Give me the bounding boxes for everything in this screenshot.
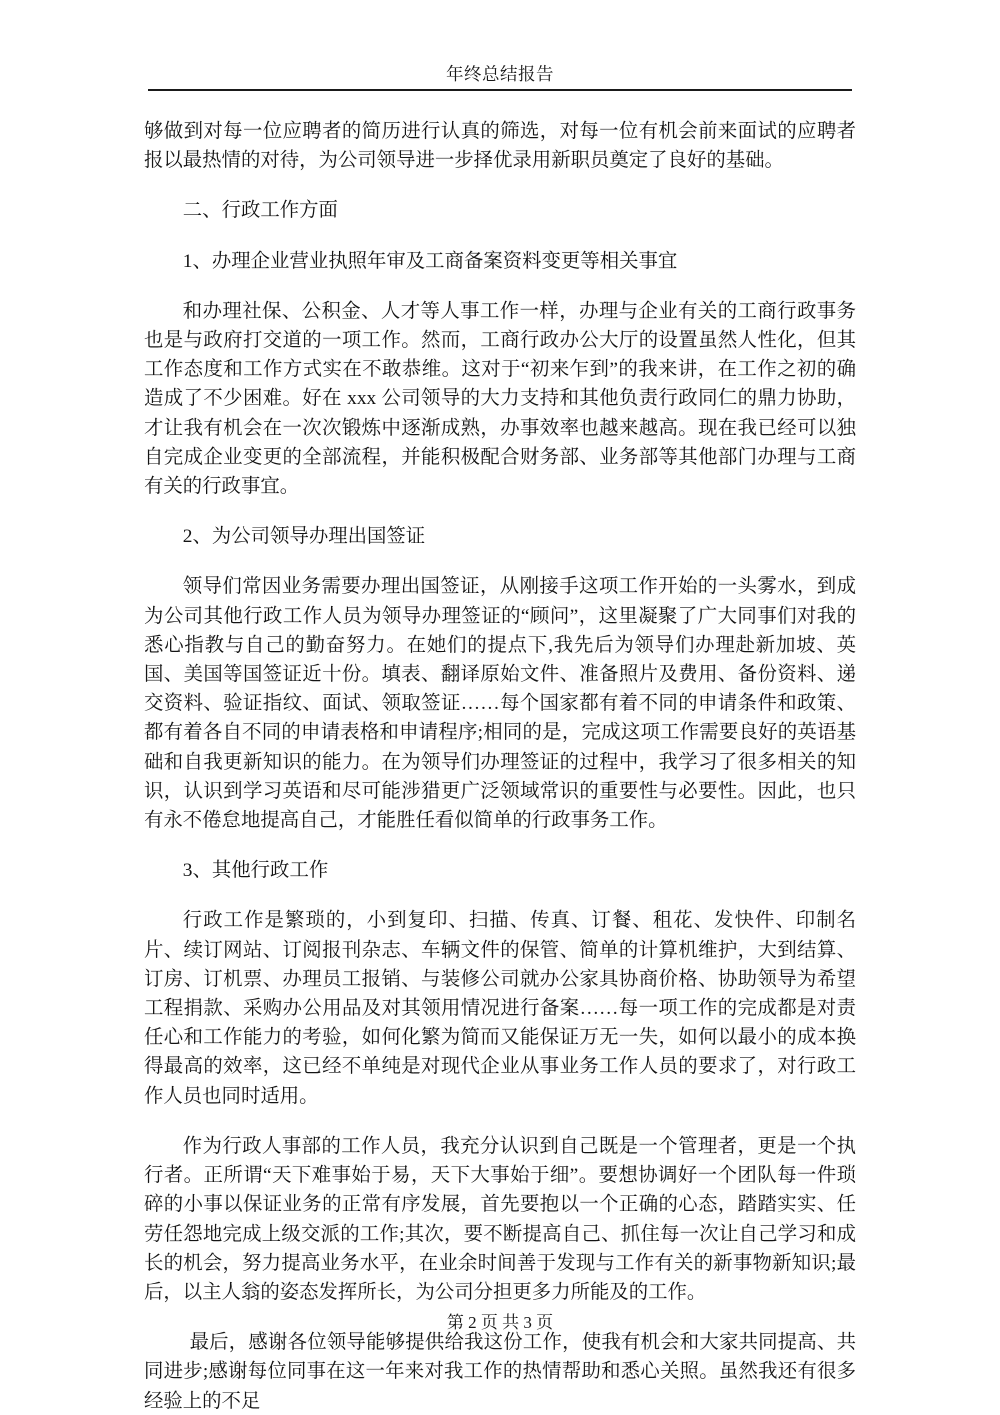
page-footer: 第 2 页 共 3 页 bbox=[0, 1308, 1000, 1333]
page-number: 第 2 页 共 3 页 bbox=[447, 1313, 553, 1332]
header-title: 年终总结报告 bbox=[148, 62, 852, 86]
paragraph: 行政工作是繁琐的，小到复印、扫描、传真、订餐、租花、发快件、印制名片、续订网站、… bbox=[144, 906, 856, 1110]
document-page: 年终总结报告 够做到对每一位应聘者的简历进行认真的筛选，对每一位有机会前来面试的… bbox=[0, 0, 1000, 1415]
page-header: 年终总结报告 bbox=[148, 0, 852, 91]
closing-paragraph: 最后，感谢各位领导能够提供给我这份工作，使我有机会和大家共同提高、共同进步;感谢… bbox=[144, 1328, 856, 1415]
subsection-heading-2: 2、为公司领导办理出国签证 bbox=[144, 522, 856, 551]
paragraph: 和办理社保、公积金、人才等人事工作一样，办理与企业有关的工商行政事务也是与政府打… bbox=[144, 297, 856, 501]
section-heading-2: 二、行政工作方面 bbox=[144, 196, 856, 225]
paragraph: 作为行政人事部的工作人员，我充分认识到自己既是一个管理者，更是一个执行者。正所谓… bbox=[144, 1132, 856, 1307]
paragraph: 领导们常因业务需要办理出国签证，从刚接手这项工作开始的一头雾水，到成为公司其他行… bbox=[144, 572, 856, 835]
continuation-paragraph: 够做到对每一位应聘者的简历进行认真的筛选，对每一位有机会前来面试的应聘者报以最热… bbox=[144, 117, 856, 175]
subsection-heading-1: 1、办理企业营业执照年审及工商备案资料变更等相关事宜 bbox=[144, 247, 856, 276]
document-body: 够做到对每一位应聘者的简历进行认真的筛选，对每一位有机会前来面试的应聘者报以最热… bbox=[144, 91, 856, 1415]
subsection-heading-3: 3、其他行政工作 bbox=[144, 856, 856, 885]
